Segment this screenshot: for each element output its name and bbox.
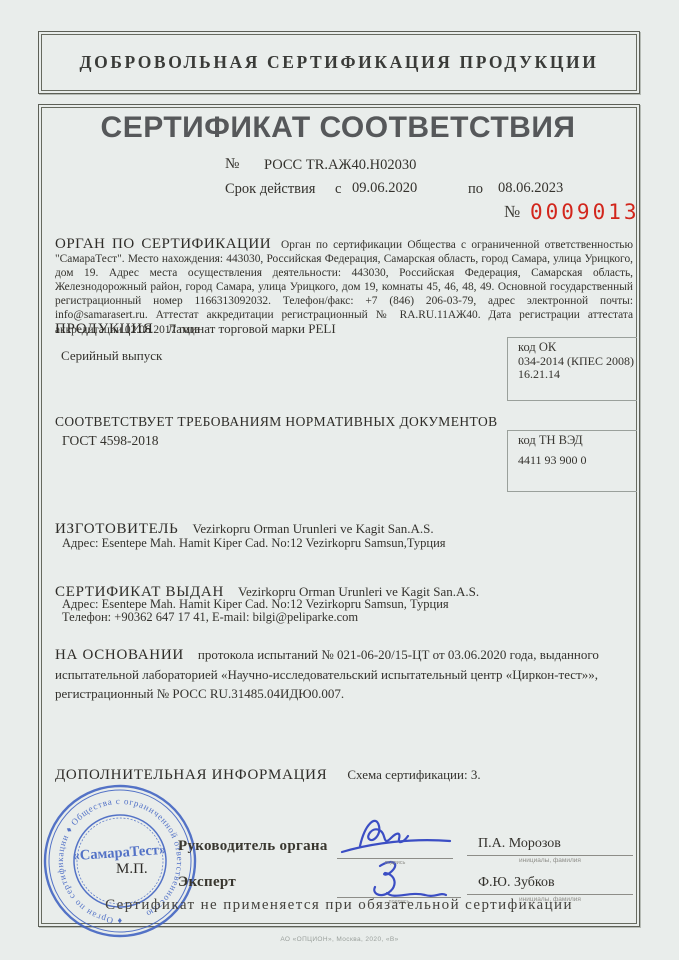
- compliance-heading: СООТВЕТСТВУЕТ ТРЕБОВАНИЯМ НОРМАТИВНЫХ ДО…: [55, 414, 498, 430]
- manufacturer-name: Vezirkopru Orman Urunleri ve Kagit San.A…: [192, 521, 433, 536]
- certificate-title: СЕРТИФИКАТ СООТВЕТСТВИЯ: [38, 111, 638, 145]
- validity-to-label: по: [468, 181, 483, 198]
- header-title: ДОБРОВОЛЬНАЯ СЕРТИФИКАЦИЯ ПРОДУКЦИИ: [80, 52, 599, 73]
- ok-code-value-2: 16.21.14: [518, 368, 637, 382]
- ok-code-label: код ОК: [518, 341, 637, 355]
- ok-code-value-1: 034-2014 (КПЕС 2008): [518, 355, 637, 369]
- product-issue-type: Серийный выпуск: [61, 348, 162, 364]
- disclaimer-text: Сертификат не применяется при обязательн…: [38, 897, 640, 914]
- manufacturer-address: Адрес: Esentepe Mah. Hamit Kiper Cad. No…: [62, 536, 446, 551]
- expert-role-label: Эксперт: [178, 874, 236, 891]
- head-name-caption: инициалы, фамилия: [467, 857, 633, 864]
- certificate-page: ДОБРОВОЛЬНАЯ СЕРТИФИКАЦИЯ ПРОДУКЦИИ СЕРТ…: [0, 0, 679, 960]
- basis-heading: НА ОСНОВАНИИ: [55, 647, 184, 663]
- validity-from-label: с: [335, 181, 341, 198]
- head-signature-caption: подпись: [337, 860, 453, 866]
- section-basis: НА ОСНОВАНИИпротокола испытаний № 021-06…: [55, 645, 615, 703]
- product-heading: ПРОДУКЦИЯ: [55, 321, 153, 337]
- head-name-line: [467, 854, 633, 856]
- product-name: Ламинат торговой марки PELI: [167, 321, 335, 336]
- tnved-label: код ТН ВЭД: [518, 434, 637, 448]
- head-role-label: Руководитель органа: [178, 838, 328, 855]
- expert-name-line: [467, 893, 633, 895]
- tnved-value: 4411 93 900 0: [518, 454, 637, 468]
- valid-from-date: 09.06.2020: [352, 180, 417, 197]
- section-product: ПРОДУКЦИЯЛаминат торговой марки PELI: [55, 320, 336, 338]
- issued-contacts: Телефон: +90362 647 17 41, E-mail: bilgi…: [62, 610, 358, 625]
- printer-fineprint: АО «ОПЦИОН», Москва, 2020, «В»: [0, 936, 679, 943]
- certification-body-heading: ОРГАН ПО СЕРТИФИКАЦИИ: [55, 236, 271, 252]
- head-signature-line: [337, 857, 453, 859]
- valid-to-date: 08.06.2023: [498, 180, 563, 197]
- tnved-box: код ТН ВЭД 4411 93 900 0: [507, 430, 637, 492]
- head-name: П.А. Морозов: [478, 836, 561, 852]
- blank-number: 0009013: [530, 200, 640, 224]
- number-sign: №: [225, 156, 239, 173]
- additional-text: Схема сертификации: 3.: [347, 767, 480, 782]
- blank-number-sign: №: [504, 202, 520, 222]
- mp-label: М.П.: [116, 861, 148, 878]
- registration-number: РОСС TR.АЖ40.Н02030: [264, 157, 416, 174]
- ok-code-box: код ОК 034-2014 (КПЕС 2008) 16.21.14: [507, 337, 637, 401]
- expert-name: Ф.Ю. Зубков: [478, 875, 555, 891]
- compliance-standard: ГОСТ 4598-2018: [62, 433, 159, 449]
- validity-label: Срок действия: [225, 181, 315, 198]
- header-banner: ДОБРОВОЛЬНАЯ СЕРТИФИКАЦИЯ ПРОДУКЦИИ: [38, 31, 640, 94]
- manufacturer-heading: ИЗГОТОВИТЕЛЬ: [55, 521, 178, 537]
